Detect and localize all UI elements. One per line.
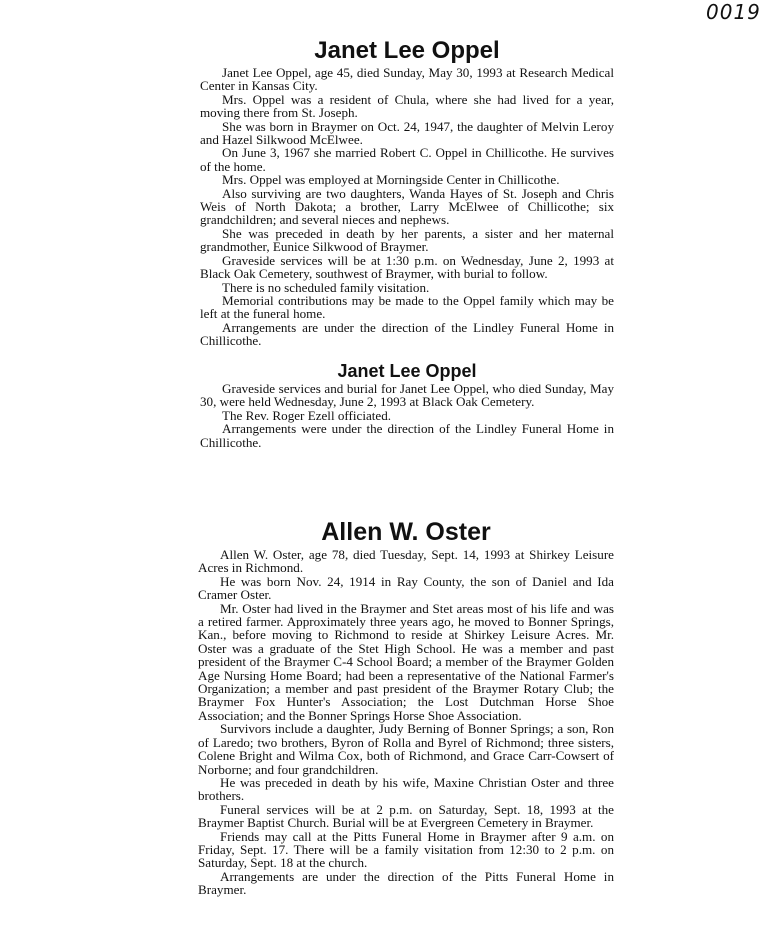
paragraph: Graveside services will be at 1:30 p.m. … bbox=[200, 254, 614, 281]
obituary-janet-lee-oppel-followup: Janet Lee Oppel Graveside services and b… bbox=[200, 360, 614, 449]
paragraph: Mrs. Oppel was employed at Morningside C… bbox=[200, 173, 614, 186]
obituary-title: Allen W. Oster bbox=[198, 516, 614, 548]
paragraph: Arrangements are under the direction of … bbox=[198, 870, 614, 897]
paragraph: Mrs. Oppel was a resident of Chula, wher… bbox=[200, 93, 614, 120]
paragraph: She was preceded in death by her parents… bbox=[200, 227, 614, 254]
paragraph: Friends may call at the Pitts Funeral Ho… bbox=[198, 830, 614, 870]
paragraph: Also surviving are two daughters, Wanda … bbox=[200, 187, 614, 227]
obituary-allen-w-oster: Allen W. Oster Allen W. Oster, age 78, d… bbox=[198, 516, 614, 897]
paragraph: Janet Lee Oppel, age 45, died Sunday, Ma… bbox=[200, 66, 614, 93]
paragraph: He was born Nov. 24, 1914 in Ray County,… bbox=[198, 575, 614, 602]
obituary-janet-lee-oppel: Janet Lee Oppel Janet Lee Oppel, age 45,… bbox=[200, 36, 614, 348]
paragraph: She was born in Braymer on Oct. 24, 1947… bbox=[200, 120, 614, 147]
paragraph: Arrangements were under the direction of… bbox=[200, 422, 614, 449]
obituary-body: Allen W. Oster, age 78, died Tuesday, Se… bbox=[198, 548, 614, 897]
obituary-title: Janet Lee Oppel bbox=[200, 36, 614, 66]
paragraph: Mr. Oster had lived in the Braymer and S… bbox=[198, 602, 614, 723]
obituary-body: Janet Lee Oppel, age 45, died Sunday, Ma… bbox=[200, 66, 614, 348]
paragraph: Arrangements are under the direction of … bbox=[200, 321, 614, 348]
paragraph: Funeral services will be at 2 p.m. on Sa… bbox=[198, 803, 614, 830]
paragraph: On June 3, 1967 she married Robert C. Op… bbox=[200, 146, 614, 173]
obituary-body: Graveside services and burial for Janet … bbox=[200, 382, 614, 449]
handwritten-page-number: 0019 bbox=[706, 0, 760, 24]
paragraph: Memorial contributions may be made to th… bbox=[200, 294, 614, 321]
paragraph: There is no scheduled family visitation. bbox=[200, 281, 614, 294]
paragraph: The Rev. Roger Ezell officiated. bbox=[200, 409, 614, 422]
paragraph: He was preceded in death by his wife, Ma… bbox=[198, 776, 614, 803]
paragraph: Graveside services and burial for Janet … bbox=[200, 382, 614, 409]
obituary-title: Janet Lee Oppel bbox=[200, 360, 614, 382]
paragraph: Allen W. Oster, age 78, died Tuesday, Se… bbox=[198, 548, 614, 575]
paragraph: Survivors include a daughter, Judy Berni… bbox=[198, 722, 614, 776]
